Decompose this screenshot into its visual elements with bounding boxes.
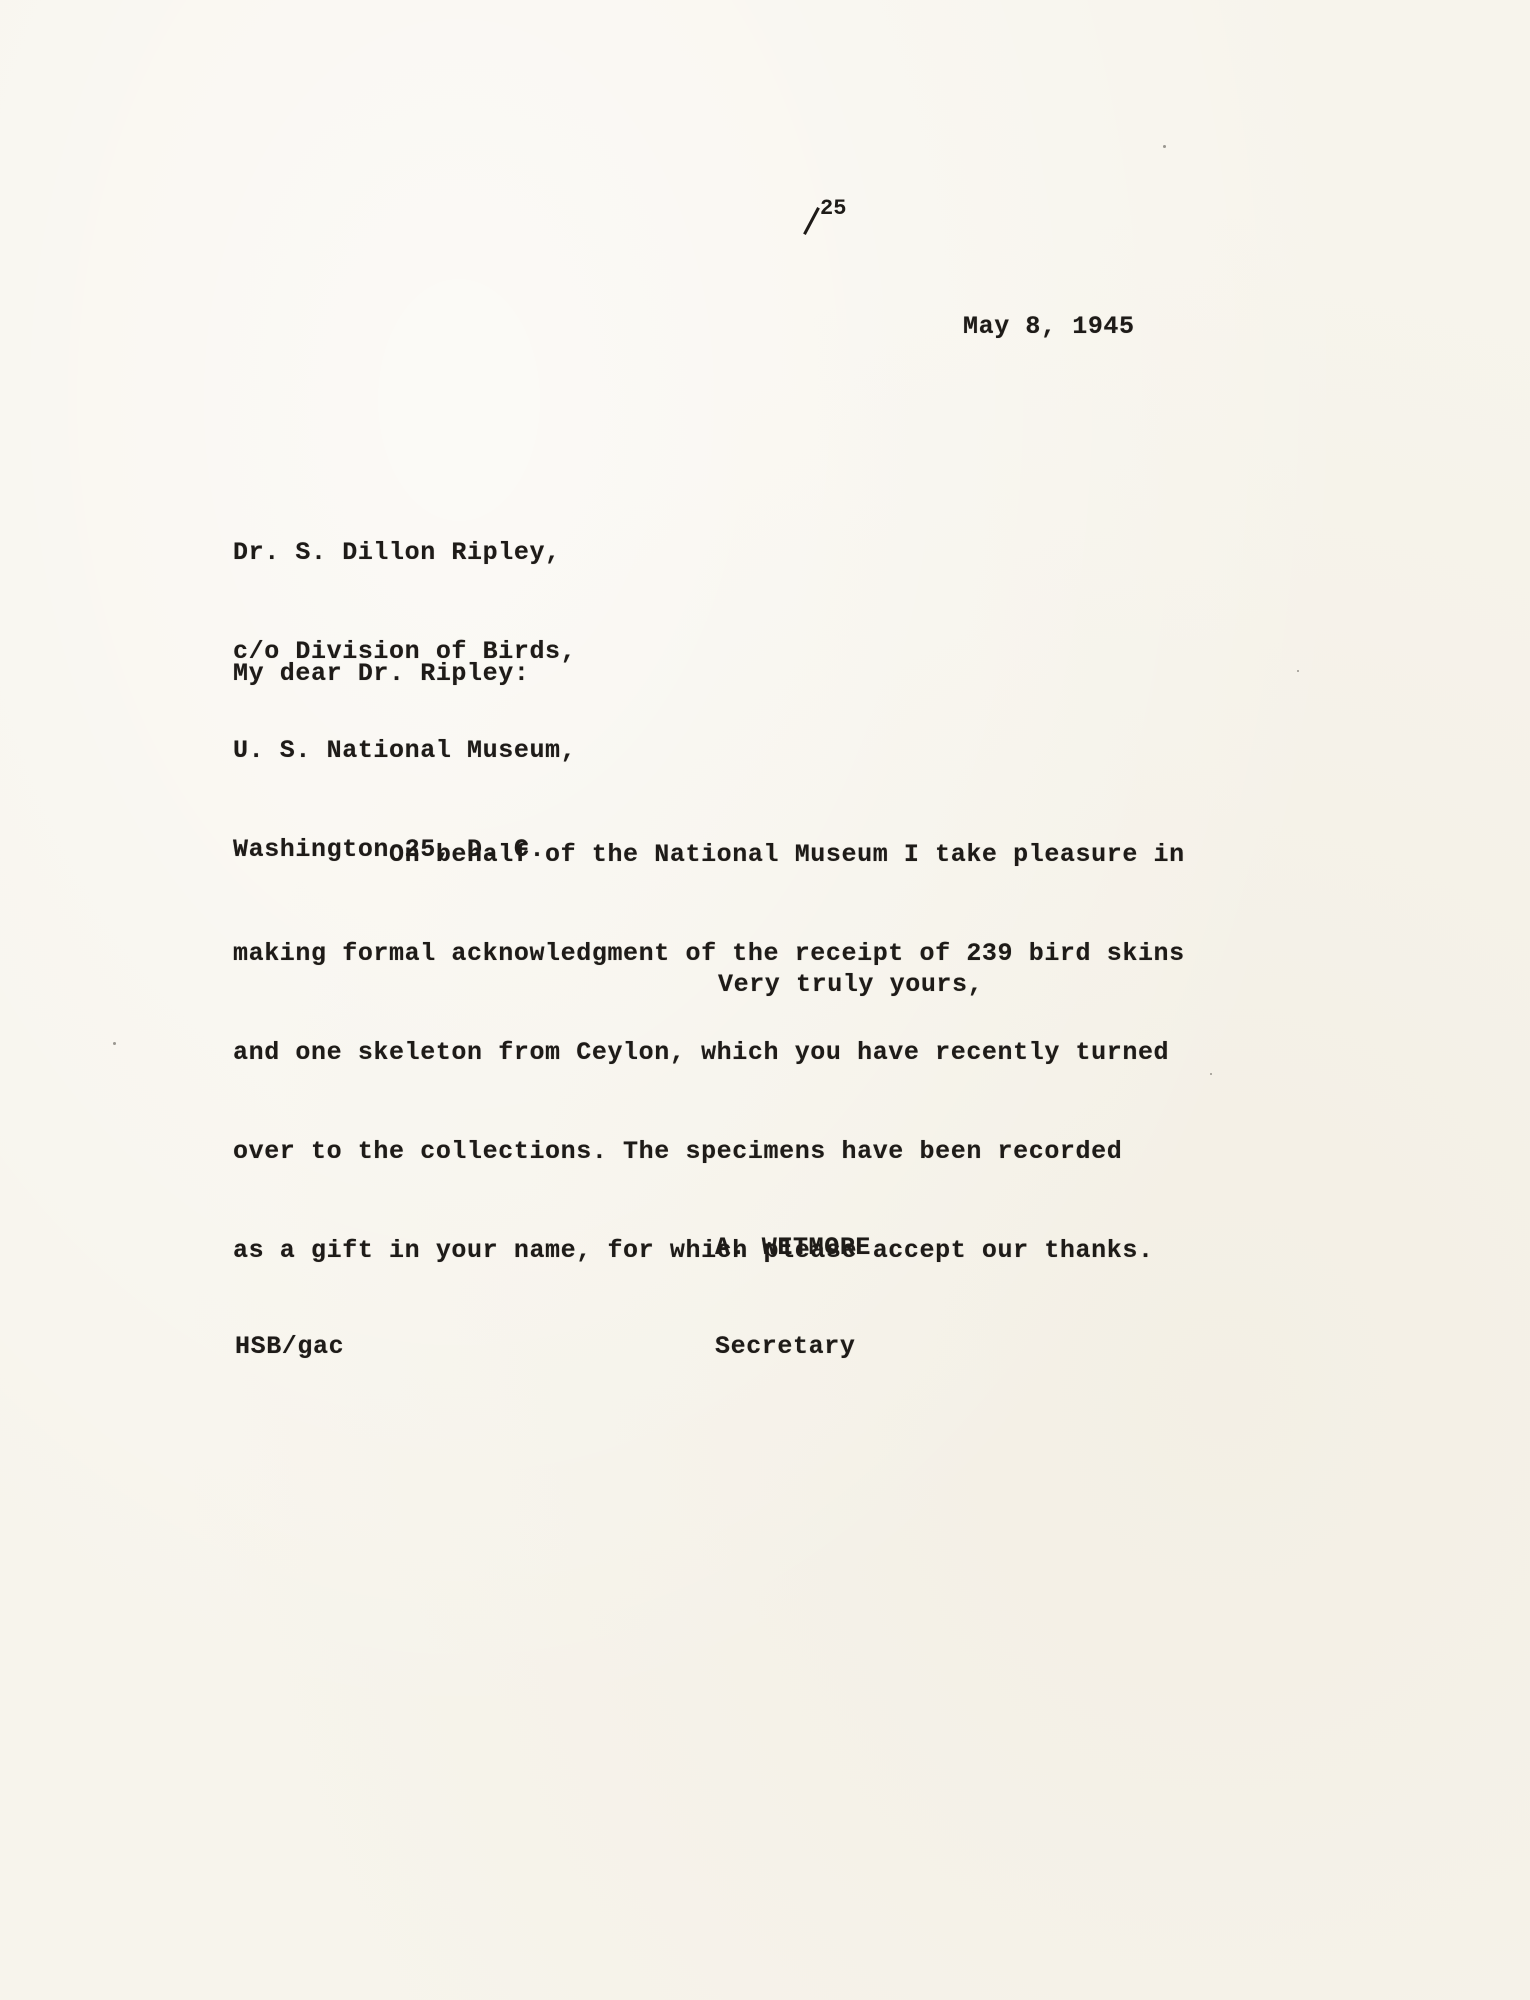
body-line: over to the collections. The specimens h… xyxy=(233,1135,1185,1168)
letter-page: 25 May 8, 1945 Dr. S. Dillon Ripley, c/o… xyxy=(0,0,1530,2000)
body-line: and one skeleton from Ceylon, which you … xyxy=(233,1036,1185,1069)
paper-speck xyxy=(1210,1073,1212,1075)
signer-name: A. WETMORE xyxy=(715,1231,871,1264)
signer-title: Secretary xyxy=(715,1330,871,1363)
body-line: On behalf of the National Museum I take … xyxy=(233,838,1185,871)
letter-date: May 8, 1945 xyxy=(963,310,1135,343)
body-line: as a gift in your name, for which please… xyxy=(233,1234,1185,1267)
signature-block: A. WETMORE Secretary xyxy=(715,1165,871,1429)
page-number-value: 25 xyxy=(820,196,846,221)
paper-speck xyxy=(113,1042,116,1045)
reference-initials: HSB/gac xyxy=(235,1330,344,1363)
address-line: Dr. S. Dillon Ripley, xyxy=(233,536,576,569)
address-line: U. S. National Museum, xyxy=(233,734,576,767)
letter-body: On behalf of the National Museum I take … xyxy=(233,772,1185,1333)
salutation: My dear Dr. Ripley: xyxy=(233,657,529,690)
paper-speck xyxy=(1163,145,1166,148)
slash-mark xyxy=(803,207,820,235)
paper-speck xyxy=(1297,670,1299,672)
complimentary-closing: Very truly yours, xyxy=(718,968,983,1001)
body-line: making formal acknowledgment of the rece… xyxy=(233,937,1185,970)
